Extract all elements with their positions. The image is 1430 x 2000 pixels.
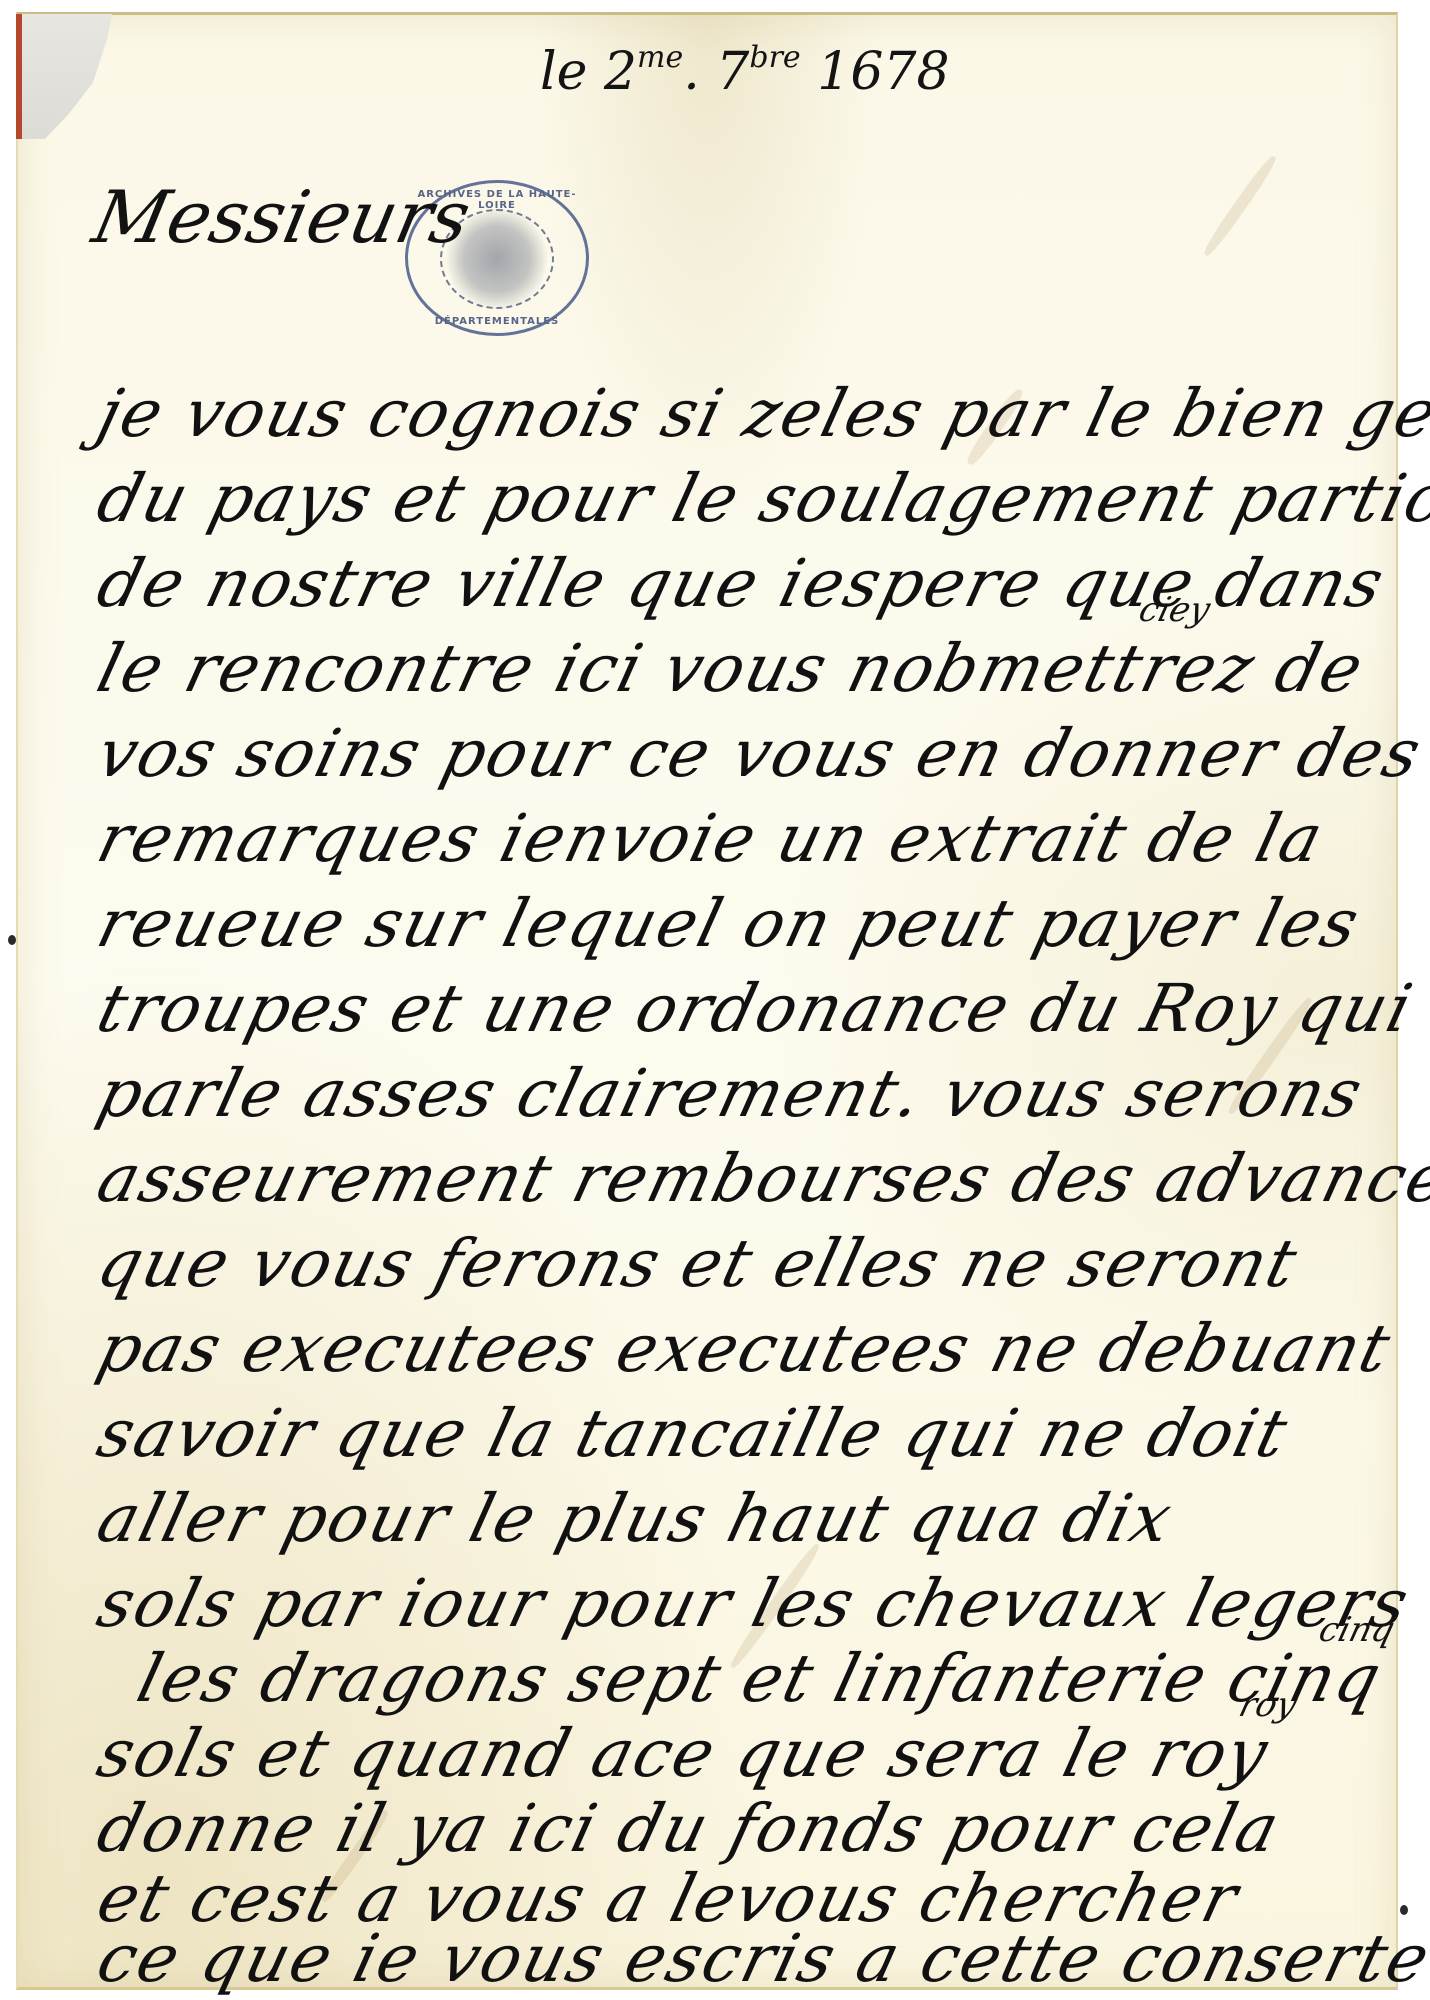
letter-line: troupes et une ordonance du Roy qui (90, 970, 1421, 1047)
letter-line: donne il ya ici du fonds pour cela (90, 1790, 1288, 1867)
interlinear-insertion: ciey (1135, 590, 1214, 630)
stamp-bottom-text: DÉPARTEMENTALES (408, 316, 586, 327)
letter-line: vos soins pour ce vous en donner des (90, 715, 1430, 792)
letter-line: que vous ferons et elles ne seront (90, 1225, 1306, 1302)
letter-line: sols et quand ace que sera le roy (90, 1715, 1277, 1792)
date-month: 7 (716, 42, 749, 102)
letter-line: les dragons sept et linfanterie cinq (130, 1640, 1390, 1717)
letter-line: du pays et pour le soulagement particuli… (90, 460, 1430, 537)
letter-line: savoir que la tancaille qui ne doit (90, 1395, 1296, 1472)
letter-line: sols par iour pour les chevaux legers (90, 1565, 1418, 1642)
ink-dot (1400, 1905, 1408, 1915)
date-month-suffix: bre (749, 40, 800, 75)
date-prefix: le 2 (540, 42, 637, 102)
letter-line: asseurement rembourses des advances (90, 1140, 1430, 1217)
line-12-text: pas executees executees ne debuant (90, 1310, 1399, 1387)
letter-line: parle asses clairement. vous serons (90, 1055, 1371, 1132)
letter-line: je vous cognois si zeles par le bien gen… (90, 375, 1430, 452)
date-line: le 2me. 7bre 1678 (540, 40, 950, 102)
letter-line: remarques ienvoie un extrait de la (90, 800, 1332, 877)
letter-line: pas executees executees ne debuant (90, 1310, 1399, 1387)
date-day-suffix: me (637, 40, 683, 75)
date-year: 1678 (817, 42, 949, 102)
salutation: Messieurs (86, 175, 477, 259)
letter-line: reueue sur lequel on peut payer les (90, 885, 1368, 962)
ink-dot (8, 935, 16, 945)
letter-line: aller pour le plus haut qua dix (90, 1480, 1181, 1557)
letter-line: ce que ie vous escris a cette conserte (90, 1920, 1430, 1997)
letter-line: le rencontre ici vous nobmettrez de (90, 630, 1372, 707)
